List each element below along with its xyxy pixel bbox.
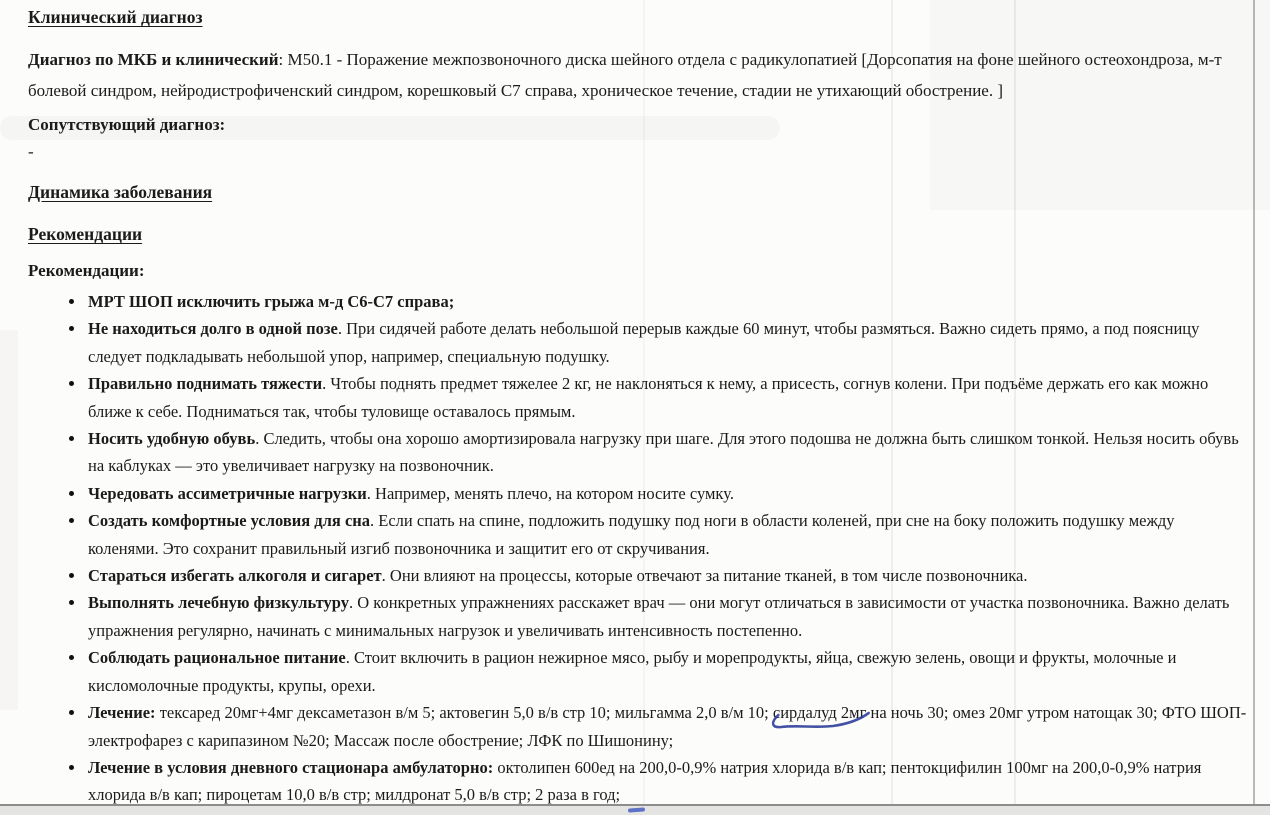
bullet-bold: Создать комфортные условия для сна <box>88 511 370 530</box>
bullet-bold: Не находиться долго в одной позе <box>88 319 338 338</box>
bullet-bold: Лечение: <box>88 703 156 722</box>
clinical-diagnosis-heading: Клинический диагноз <box>28 6 1248 28</box>
comorbid-diagnosis-value: - <box>28 141 1248 163</box>
bullet-text: . Например, менять плечо, на котором нос… <box>367 484 734 503</box>
scanned-document-page: Клинический диагноз Диагноз по МКБ и кли… <box>0 0 1270 815</box>
list-item-shoes: Носить удобную обувь. Следить, чтобы она… <box>86 425 1248 480</box>
bullet-bold: Стараться избегать алкоголя и сигарет <box>88 566 382 585</box>
disease-dynamics-heading: Динамика заболевания <box>28 181 1248 203</box>
list-item-alcohol: Стараться избегать алкоголя и сигарет. О… <box>86 562 1248 589</box>
bullet-bold: Соблюдать рациональное питание <box>88 648 346 667</box>
list-item-loads: Чередовать ассиметричные нагрузки. Напри… <box>86 480 1248 507</box>
bullet-text: тексаред 20мг+4мг дексаметазон в/м 5; ак… <box>156 703 773 722</box>
list-item-treatment: Лечение: тексаред 20мг+4мг дексаметазон … <box>86 699 1248 754</box>
bullet-text: . Следить, чтобы она хорошо амортизирова… <box>88 429 1239 475</box>
list-item-posture: Не находиться долго в одной позе. При си… <box>86 315 1248 370</box>
bullet-bold: Правильно поднимать тяжести <box>88 374 322 393</box>
comorbid-diagnosis-heading: Сопутствующий диагноз: <box>28 114 1248 136</box>
icd-diagnosis-label: Диагноз по МКБ и клинический <box>28 50 279 69</box>
bullet-bold: МРТ ШОП исключить грыжа м-д С6-С7 справа… <box>88 292 454 311</box>
recommendations-heading: Рекомендации <box>28 223 1248 245</box>
bullet-text: . Они влияют на процессы, которые отвеча… <box>382 566 1028 585</box>
list-item-lifting: Правильно поднимать тяжести. Чтобы подня… <box>86 370 1248 425</box>
list-item-exercise: Выполнять лечебную физкультуру. О конкре… <box>86 589 1248 644</box>
recommendations-list: МРТ ШОП исключить грыжа м-д С6-С7 справа… <box>28 288 1248 809</box>
bullet-bold: Лечение в условия дневного стационара ам… <box>88 758 493 777</box>
list-item-nutrition: Соблюдать рациональное питание. Стоит вк… <box>86 644 1248 699</box>
list-item-mrt: МРТ ШОП исключить грыжа м-д С6-С7 справа… <box>86 288 1248 315</box>
bullet-bold: Носить удобную обувь <box>88 429 255 448</box>
pen-underlined-text: сирдалуд 2мг <box>773 703 866 722</box>
list-item-sleep: Создать комфортные условия для сна. Если… <box>86 507 1248 562</box>
list-item-day-hospital: Лечение в условия дневного стационара ам… <box>86 754 1248 809</box>
document-content: Клинический диагноз Диагноз по МКБ и кли… <box>0 0 1270 815</box>
icd-diagnosis-paragraph: Диагноз по МКБ и клинический: М50.1 - По… <box>28 44 1248 106</box>
bullet-bold: Чередовать ассиметричные нагрузки <box>88 484 367 503</box>
bullet-bold: Выполнять лечебную физкультуру <box>88 593 349 612</box>
bullet-text-marked: сирдалуд 2мг <box>773 703 866 722</box>
recommendations-label: Рекомендации: <box>28 260 1248 282</box>
